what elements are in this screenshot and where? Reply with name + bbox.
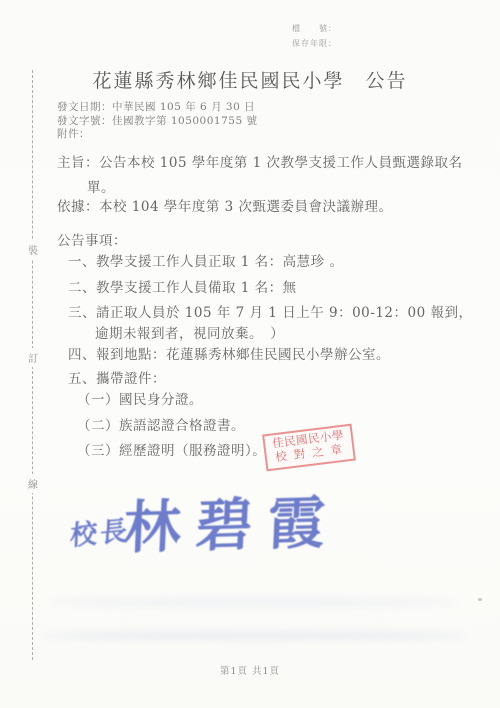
scan-speck [478, 598, 482, 601]
item-3-line-1: 三、請正取人員於 105 年 7 月 1 日上午 9：00-12：00 報到， [68, 303, 472, 324]
binding-mark-xian: 線 [26, 474, 40, 493]
file-number-label: 檔 號： [292, 21, 337, 36]
attachment-line: 附件： [57, 128, 257, 142]
ink-smudge [40, 631, 470, 640]
sub-item-1: （一）國民身分證。 [77, 390, 203, 410]
doc-number-line: 發文字號：佳國教字第 1050001755 號 [57, 115, 257, 129]
issue-date-line: 發文日期：中華民國 105 年 6 月 30 日 [57, 101, 257, 115]
announcement-item-3: 三、請正取人員於 105 年 7 月 1 日上午 9：00-12：00 報到， … [68, 303, 472, 345]
school-proofreading-stamp: 佳民國民小學 校對之章 [262, 424, 356, 472]
archival-header: 檔 號： 保存年限： [292, 21, 337, 51]
retention-period-label: 保存年限： [292, 36, 337, 51]
meta-block: 發文日期：中華民國 105 年 6 月 30 日 發文字號：佳國教字第 1050… [57, 101, 257, 142]
item-3-line-2: 逾期未報到者，視同放棄。 ） [68, 324, 472, 345]
scanned-announcement-page: 裝 訂 線 檔 號： 保存年限： 花蓮縣秀林鄉佳民國民小學 公告 發文日期：中華… [0, 0, 500, 708]
document-title: 花蓮縣秀林鄉佳民國民小學 公告 [0, 66, 500, 93]
basis-line: 依據：本校 104 學年度第 3 次甄選委員會決議辦理。 [57, 197, 393, 217]
signature-role: 校長 [69, 508, 130, 553]
binding-mark-zhuang: 裝 [26, 240, 40, 259]
principal-signature-stamp: 校長 林碧霞 [61, 474, 383, 572]
announcement-item-2: 二、教學支援工作人員備取 1 名：無 [68, 278, 297, 298]
sub-item-2: （二）族語認證合格證書。 [77, 416, 245, 436]
announcement-item-4: 四、報到地點：花蓮縣秀林鄉佳民國民小學辦公室。 [68, 345, 390, 365]
announcement-item-5: 五、攜帶證件： [68, 369, 166, 389]
binding-mark-ding: 訂 [26, 348, 40, 367]
signature-name: 林碧霞 [122, 477, 342, 565]
subject-block: 主旨：公告本校 105 學年度第 1 次教學支援工作人員甄選錄取名 單。 [57, 151, 463, 201]
page-number-footer: 第1頁 共1頁 [0, 663, 500, 677]
ink-smudge [48, 598, 458, 606]
subject-line-1: 主旨：公告本校 105 學年度第 1 次教學支援工作人員甄選錄取名 [57, 151, 463, 176]
announcement-item-1: 一、教學支援工作人員正取 1 名：高慧珍 。 [68, 252, 343, 272]
sub-item-3: （三）經歷證明（服務證明）。 [77, 441, 266, 461]
announcement-heading: 公告事項： [57, 231, 127, 251]
